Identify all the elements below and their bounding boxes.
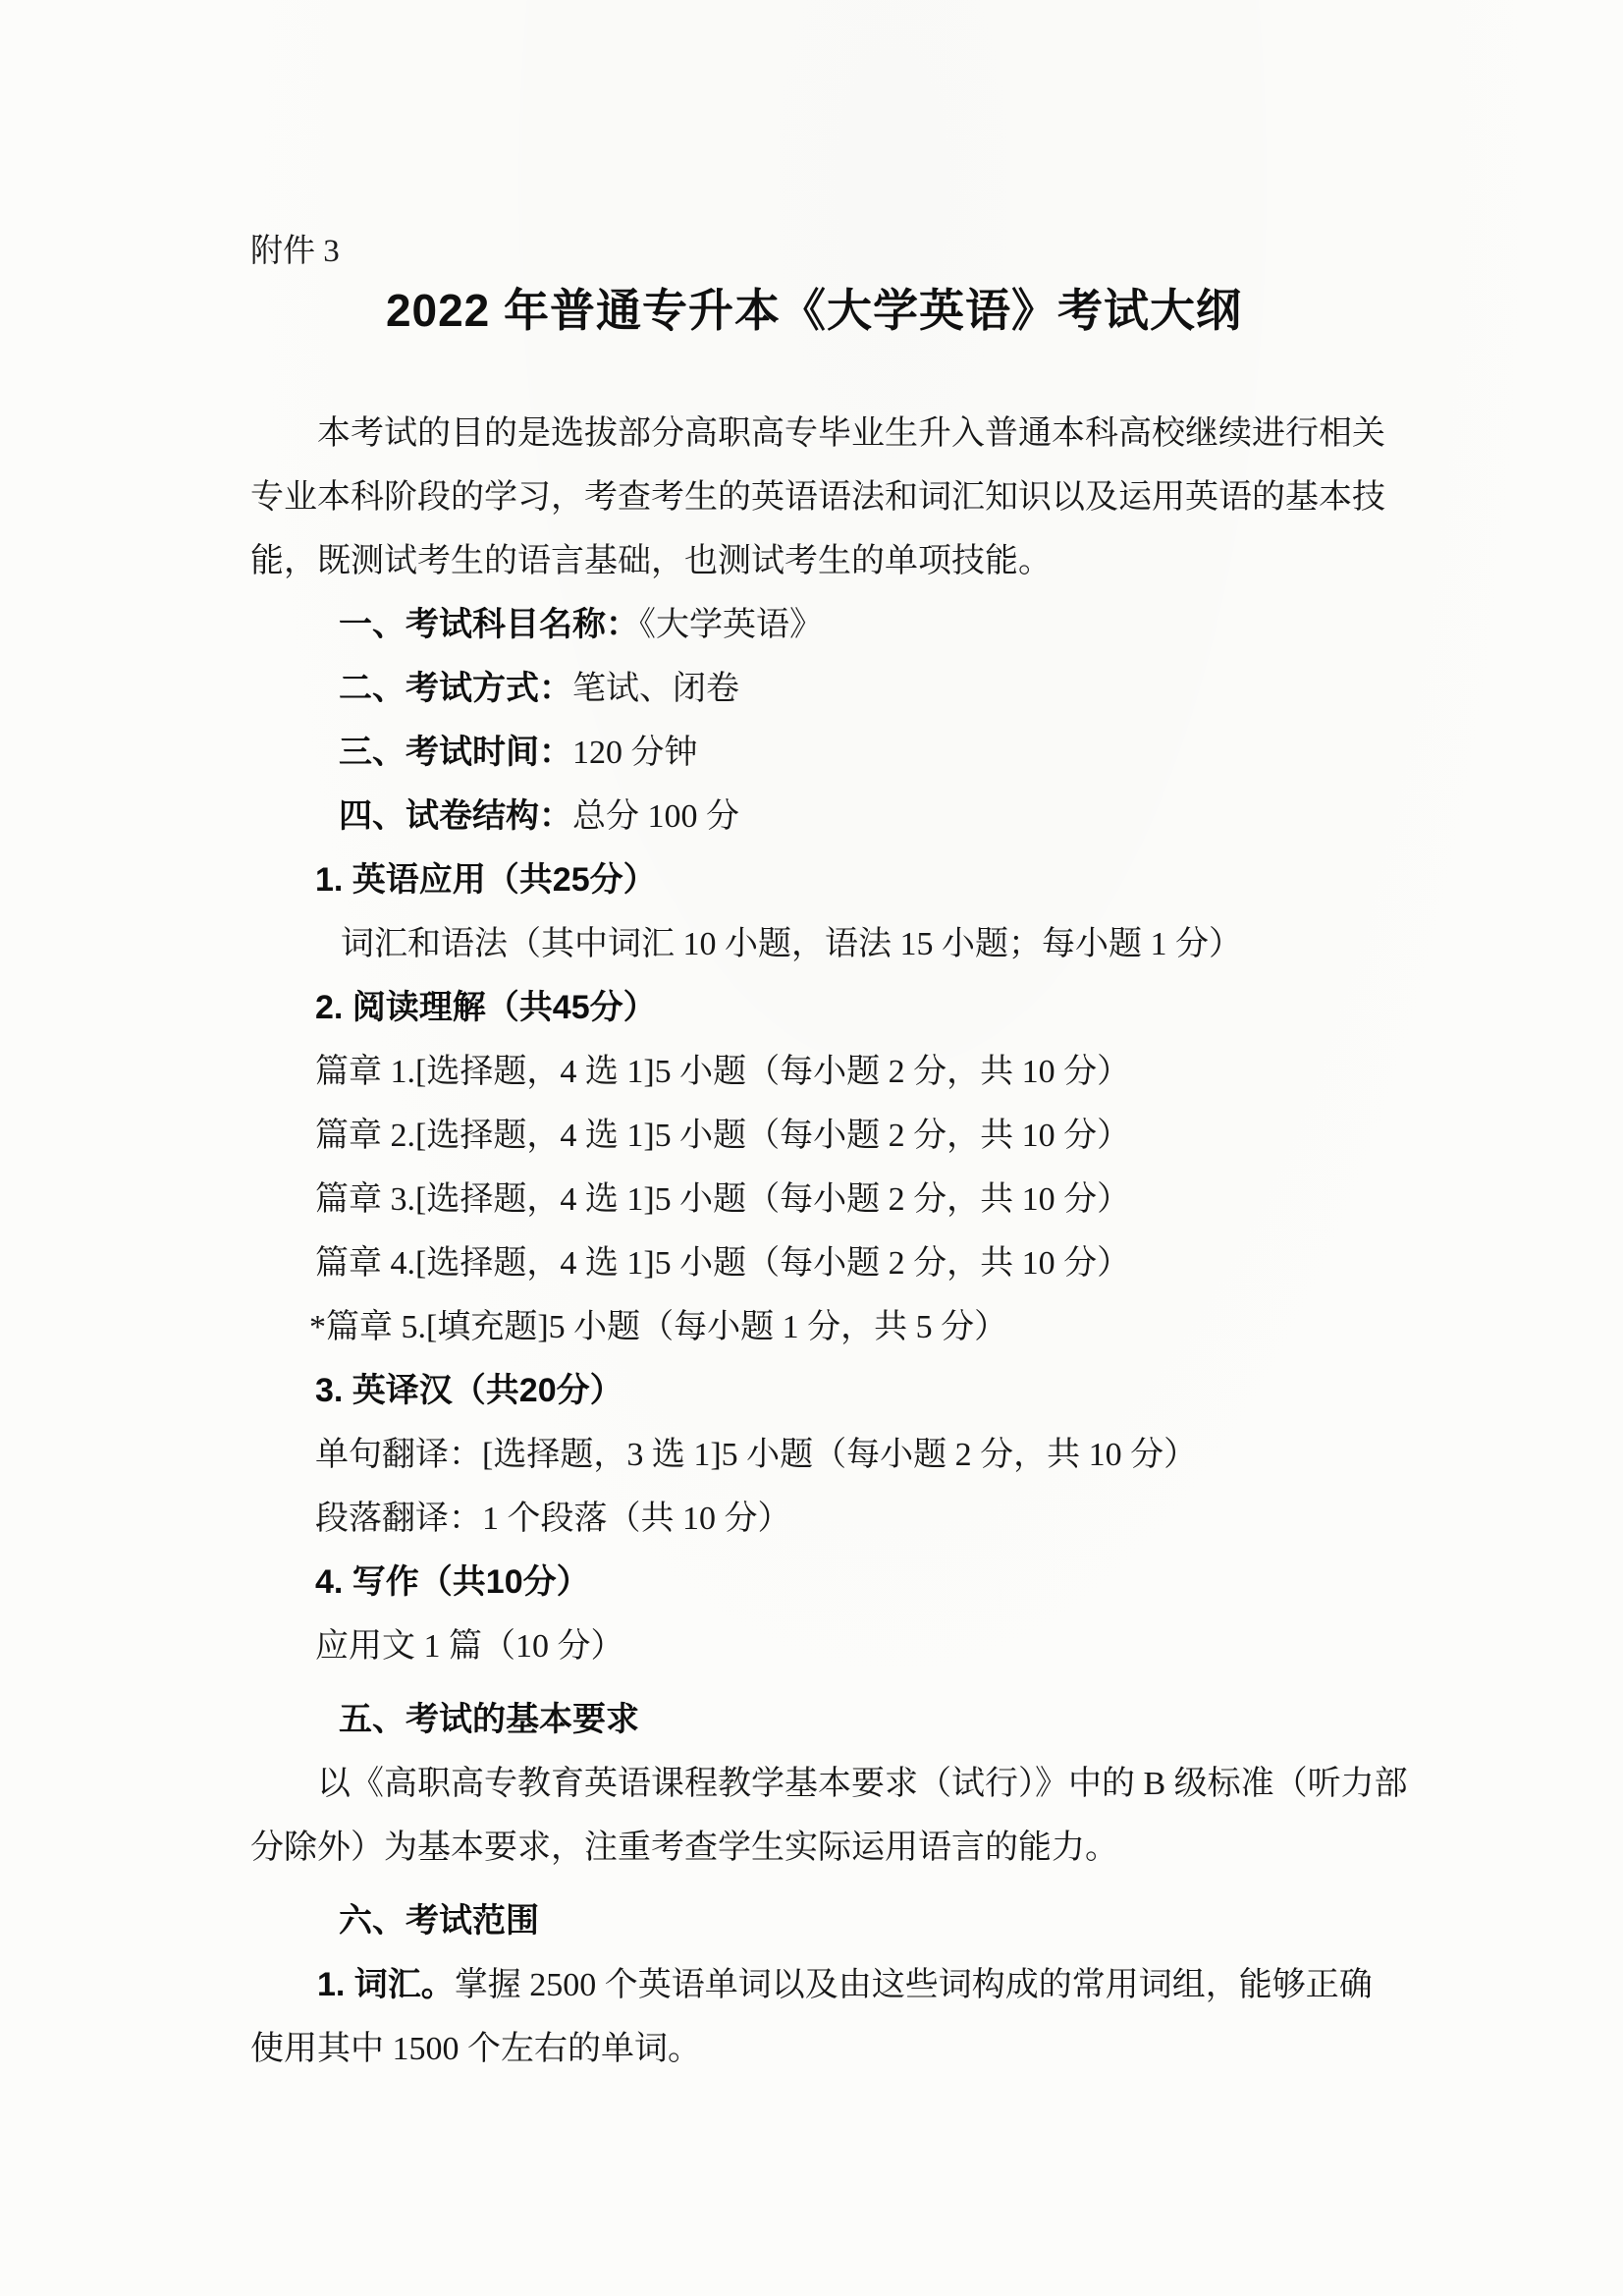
section3-title: 3. 英译汉（共20分） bbox=[250, 1359, 1378, 1423]
item-structure-value: 总分 100 分 bbox=[572, 798, 739, 835]
attachment-label: 附件 3 bbox=[250, 228, 1378, 275]
intro-line-2: 专业本科阶段的学习，考查考生的英语语法和词汇知识以及运用英语的基本技 bbox=[250, 465, 1378, 529]
passage-line-3: 篇章 3.[选择题，4 选 1]5 小题（每小题 2 分，共 10 分） bbox=[250, 1168, 1378, 1231]
section4-title: 4. 写作（共10分） bbox=[250, 1551, 1378, 1614]
passage-line-1: 篇章 1.[选择题，4 选 1]5 小题（每小题 2 分，共 10 分） bbox=[250, 1040, 1378, 1104]
section6-vocab-line-1: 1. 词汇。掌握 2500 个英语单词以及由这些词构成的常用词组，能够正确 bbox=[250, 1953, 1378, 2017]
passage-line-2: 篇章 2.[选择题，4 选 1]5 小题（每小题 2 分，共 10 分） bbox=[250, 1104, 1378, 1168]
passage-line-4: 篇章 4.[选择题，4 选 1]5 小题（每小题 2 分，共 10 分） bbox=[250, 1231, 1378, 1295]
intro-line-1: 本考试的目的是选拔部分高职高专毕业生升入普通本科高校继续进行相关 bbox=[250, 402, 1378, 465]
item-subject: 一、考试科目名称：《大学英语》 bbox=[250, 593, 1378, 657]
section3-sentence-line: 单句翻译：[选择题，3 选 1]5 小题（每小题 2 分，共 10 分） bbox=[250, 1423, 1378, 1487]
document-page: 附件 3 2022 年普通专升本《大学英语》考试大纲 本考试的目的是选拔部分高职… bbox=[0, 0, 1623, 2296]
section6-vocab-rest: 掌握 2500 个英语单词以及由这些词构成的常用词组，能够正确 bbox=[455, 1967, 1373, 2003]
item-method-label: 二、考试方式： bbox=[339, 670, 572, 707]
item-method: 二、考试方式：笔试、闭卷 bbox=[250, 657, 1378, 721]
item-structure: 四、试卷结构：总分 100 分 bbox=[250, 785, 1378, 848]
section2-title: 2. 阅读理解（共45分） bbox=[250, 976, 1378, 1040]
item-duration: 三、考试时间：120 分钟 bbox=[250, 721, 1378, 785]
document-title: 2022 年普通专升本《大学英语》考试大纲 bbox=[250, 275, 1378, 346]
section1-title: 1. 英语应用（共25分） bbox=[250, 848, 1378, 912]
section1-detail: 词汇和语法（其中词汇 10 小题，语法 15 小题；每小题 1 分） bbox=[250, 912, 1378, 976]
item-subject-value: 《大学英语》 bbox=[639, 607, 823, 643]
section6-title: 六、考试范围 bbox=[250, 1889, 1378, 1953]
section5-title: 五、考试的基本要求 bbox=[250, 1688, 1378, 1752]
section6-vocab-label: 1. 词汇。 bbox=[317, 1966, 455, 2003]
section5-line-2: 分除外）为基本要求，注重考查学生实际运用语言的能力。 bbox=[250, 1816, 1378, 1880]
passage-line-5: *篇章 5.[填充题]5 小题（每小题 1 分，共 5 分） bbox=[250, 1295, 1378, 1359]
intro-line-3: 能，既测试考生的语言基础，也测试考生的单项技能。 bbox=[250, 529, 1378, 593]
item-structure-label: 四、试卷结构： bbox=[339, 797, 572, 835]
section5-line-1: 以《高职高专教育英语课程教学基本要求（试行）》中的 B 级标准（听力部 bbox=[250, 1752, 1378, 1816]
section4-detail: 应用文 1 篇（10 分） bbox=[250, 1614, 1378, 1678]
item-subject-label: 一、考试科目名称： bbox=[339, 606, 639, 643]
item-duration-value: 120 分钟 bbox=[572, 735, 698, 771]
section3-paragraph-line: 段落翻译：1 个段落（共 10 分） bbox=[250, 1487, 1378, 1551]
item-duration-label: 三、考试时间： bbox=[339, 734, 572, 771]
item-method-value: 笔试、闭卷 bbox=[572, 671, 739, 707]
section6-vocab-line-2: 使用其中 1500 个左右的单词。 bbox=[250, 2017, 1378, 2081]
